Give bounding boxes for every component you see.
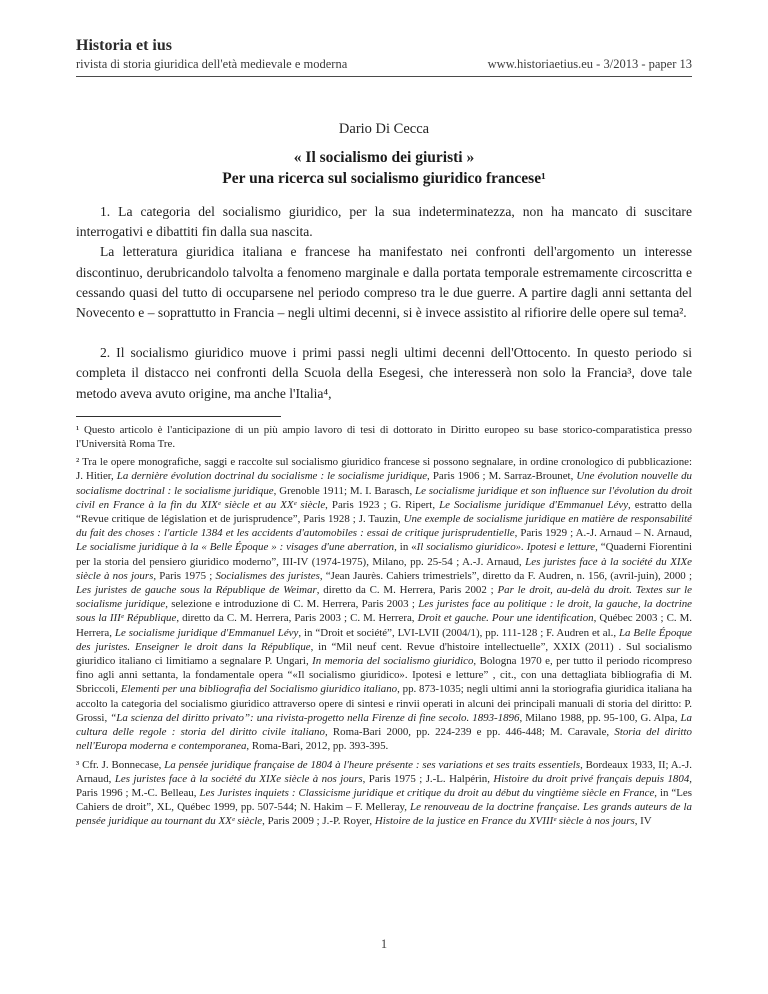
article-title-line-1: « Il socialismo dei giuristi » (76, 147, 692, 168)
journal-title: Historia et ius (76, 36, 692, 56)
body-text: 1. La categoria del socialismo giuridico… (76, 202, 692, 404)
journal-subtitle: rivista di storia giuridica dell'età med… (76, 56, 347, 73)
paragraph-2: La letteratura giuridica italiana e fran… (76, 242, 692, 323)
footnote-separator (76, 416, 281, 417)
journal-meta-row: rivista di storia giuridica dell'età med… (76, 56, 692, 77)
journal-header: Historia et ius rivista di storia giurid… (76, 36, 692, 77)
article-title-line-2: Per una ricerca sul socialismo giuridico… (76, 168, 692, 189)
journal-issue-info: www.historiaetius.eu - 3/2013 - paper 13 (488, 56, 692, 73)
paragraph-1: 1. La categoria del socialismo giuridico… (76, 202, 692, 242)
paper-page: Historia et ius rivista di storia giurid… (0, 0, 768, 994)
page-number: 1 (0, 937, 768, 952)
article-body: Dario Di Cecca « Il socialismo dei giuri… (76, 121, 692, 829)
author-name: Dario Di Cecca (76, 121, 692, 138)
footnote-3: ³ Cfr. J. Bonnecase, La pensée juridique… (76, 758, 692, 829)
footnotes: ¹ Questo articolo è l'anticipazione di u… (76, 423, 692, 829)
footnote-2: ² Tra le opere monografiche, saggi e rac… (76, 455, 692, 753)
paragraph-3: 2. Il socialismo giuridico muove i primi… (76, 343, 692, 404)
article-title: « Il socialismo dei giuristi » Per una r… (76, 147, 692, 189)
footnote-1: ¹ Questo articolo è l'anticipazione di u… (76, 423, 692, 451)
